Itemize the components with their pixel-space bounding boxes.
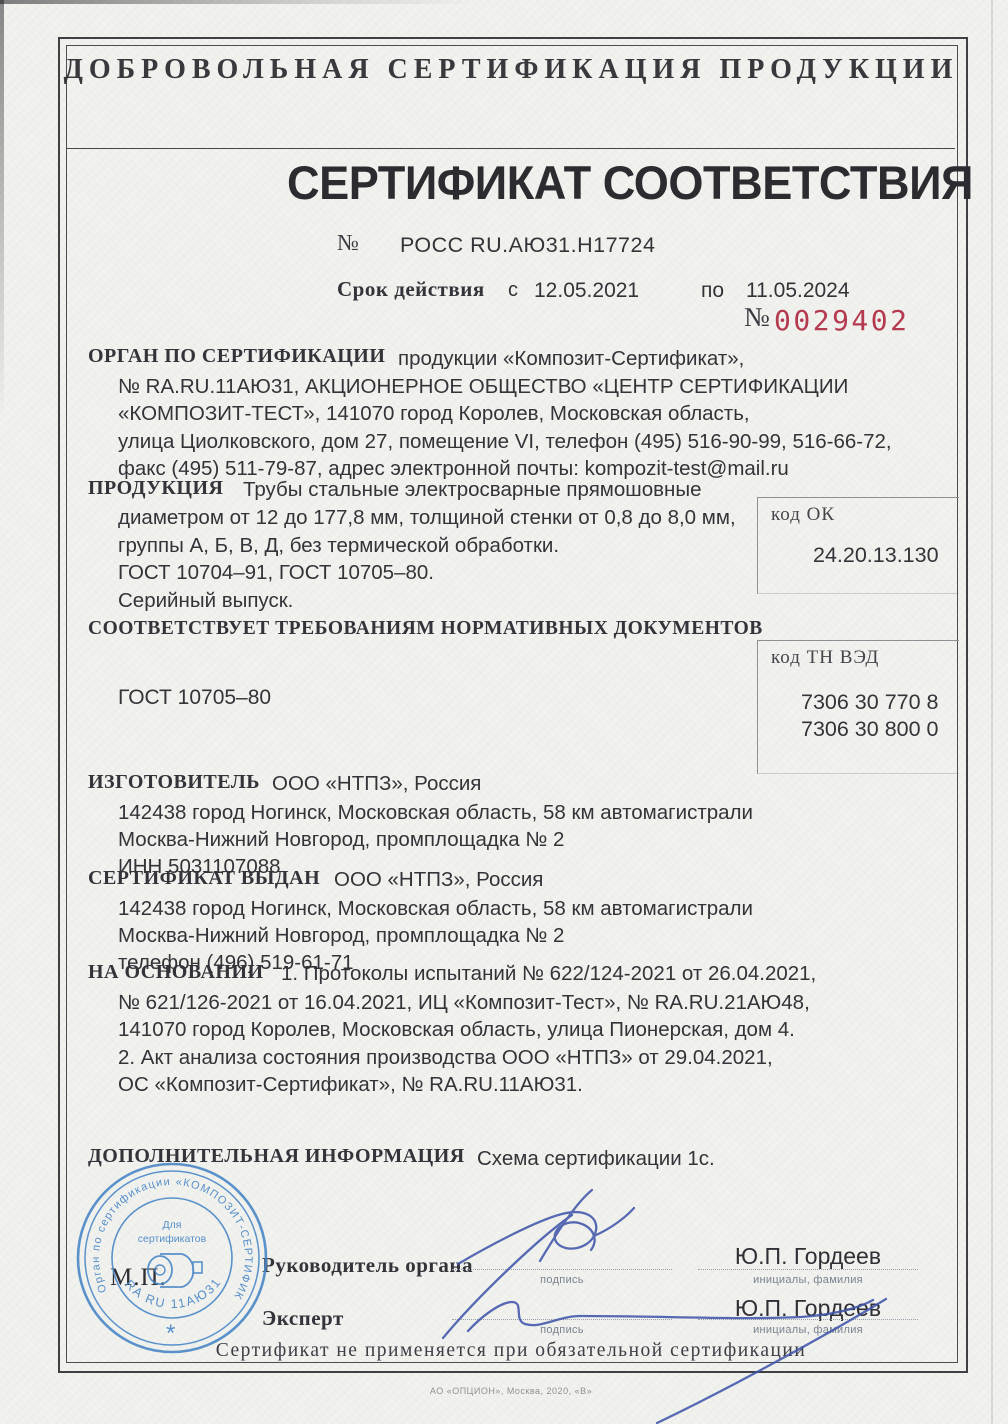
org-intro: продукции «Композит-Сертификат», xyxy=(398,347,744,371)
basis-lines: № 621/126-2021 от 16.04.2021, ИЦ «Композ… xyxy=(118,989,810,1098)
expert-signature-line xyxy=(452,1319,672,1320)
conformity-label: СООТВЕТСТВУЕТ ТРЕБОВАНИЯМ НОРМАТИВНЫХ ДО… xyxy=(88,618,763,640)
issued-label: СЕРТИФИКАТ ВЫДАН xyxy=(88,867,320,890)
head-of-body-label: Руководитель органа xyxy=(262,1253,473,1278)
manufacturer-line: 142438 город Ногинск, Московская область… xyxy=(118,799,753,826)
org-lines: № RA.RU.11АЮ31, АКЦИОНЕРНОЕ ОБЩЕСТВО «ЦЕ… xyxy=(118,373,892,482)
tnved-code-label: код ТН ВЭД xyxy=(771,647,879,669)
additional-label: ДОПОЛНИТЕЛЬНАЯ ИНФОРМАЦИЯ xyxy=(88,1145,465,1168)
tnved-values: 7306 30 770 8 7306 30 800 0 xyxy=(801,689,939,743)
additional-value: Схема сертификации 1с. xyxy=(477,1147,715,1171)
reg-number-sign: № xyxy=(337,230,359,256)
basis-label: НА ОСНОВАНИИ xyxy=(88,961,264,984)
manufacturer-label: ИЗГОТОВИТЕЛЬ xyxy=(88,771,260,794)
validity-from-word: с xyxy=(508,279,518,302)
org-line: улица Циолковского, дом 27, помещение VI… xyxy=(118,428,892,455)
product-intro: Трубы стальные электросварные прямошовны… xyxy=(243,478,702,502)
org-label: ОРГАН ПО СЕРТИФИКАЦИИ xyxy=(88,345,385,368)
certificate-page: ДОБРОВОЛЬНАЯ СЕРТИФИКАЦИЯ ПРОДУКЦИИ СЕРТ… xyxy=(0,0,1008,1424)
validity-to-word: по xyxy=(701,279,724,303)
print-house-footer: АО «ОПЦИОН», Москва, 2020, «В» xyxy=(58,1386,964,1396)
blank-number-sign: № xyxy=(744,302,770,333)
head-signature-line xyxy=(452,1269,672,1270)
ok-code-value: 24.20.13.130 xyxy=(813,543,939,568)
product-line: диаметром от 12 до 177,8 мм, толщиной ст… xyxy=(118,504,736,532)
issued-intro: ООО «НТПЗ», Россия xyxy=(334,868,543,892)
conformity-value: ГОСТ 10705–80 xyxy=(118,686,271,710)
basis-line: № 621/126-2021 от 16.04.2021, ИЦ «Композ… xyxy=(118,989,810,1016)
tnved-code-box: код ТН ВЭД 7306 30 770 8 7306 30 800 0 xyxy=(757,640,959,774)
certificate-title: СЕРТИФИКАТ СООТВЕТСТВИЯ xyxy=(287,155,973,210)
page-edge-shadow xyxy=(991,0,993,1424)
ok-code-box: код ОК 24.20.13.130 xyxy=(757,497,959,594)
scan-edge-left xyxy=(0,0,4,420)
validity-to-date: 11.05.2024 xyxy=(746,279,850,303)
bottom-restriction-note: Сертификат не применяется при обязательн… xyxy=(58,1340,964,1362)
validity-from-date: 12.05.2021 xyxy=(534,279,639,303)
expert-name: Ю.П. Гордеев xyxy=(700,1295,916,1322)
scan-edge-top xyxy=(0,0,480,4)
ok-code-label: код ОК xyxy=(771,504,835,526)
product-line: ГОСТ 10704–91, ГОСТ 10705–80. xyxy=(118,559,736,587)
voluntary-certification-banner: ДОБРОВОЛЬНАЯ СЕРТИФИКАЦИЯ ПРОДУКЦИИ xyxy=(58,54,964,86)
product-label: ПРОДУКЦИЯ xyxy=(88,477,223,500)
basis-line: 141070 город Королев, Московская область… xyxy=(118,1016,810,1043)
mp-seal-place-label: М.П. xyxy=(110,1264,167,1292)
basis-intro: 1. Протоколы испытаний № 622/124-2021 от… xyxy=(281,962,816,986)
manufacturer-intro: ООО «НТПЗ», Россия xyxy=(272,772,481,796)
validity-label: Срок действия xyxy=(337,277,485,302)
reg-number-value: РОСС RU.АЮ31.Н17724 xyxy=(400,233,655,258)
issued-line: 142438 город Ногинск, Московская область… xyxy=(118,895,753,922)
head-name-line xyxy=(698,1269,918,1270)
tnved-value: 7306 30 770 8 xyxy=(801,689,939,716)
product-lines: диаметром от 12 до 177,8 мм, толщиной ст… xyxy=(118,504,736,614)
expert-label: Эксперт xyxy=(262,1306,344,1331)
manufacturer-line: Москва-Нижний Новгород, промплощадка № 2 xyxy=(118,826,753,853)
blank-number-value: 0029402 xyxy=(774,304,910,337)
product-line: группы А, Б, В, Д, без термической обраб… xyxy=(118,532,736,560)
org-line: «КОМПОЗИТ-ТЕСТ», 141070 город Королев, М… xyxy=(118,400,892,427)
expert-name-caption: инициалы, фамилия xyxy=(698,1324,918,1336)
head-signature-caption: подпись xyxy=(452,1274,672,1286)
header-separator-line xyxy=(67,148,955,149)
expert-name-line xyxy=(698,1319,918,1320)
head-name: Ю.П. Гордеев xyxy=(700,1243,916,1270)
basis-line: ОС «Композит-Сертификат», № RA.RU.11АЮ31… xyxy=(118,1071,810,1098)
head-name-caption: инициалы, фамилия xyxy=(698,1274,918,1286)
product-line: Серийный выпуск. xyxy=(118,587,736,615)
expert-signature-caption: подпись xyxy=(452,1324,672,1336)
basis-line: 2. Акт анализа состояния производства ОО… xyxy=(118,1044,810,1071)
tnved-value: 7306 30 800 0 xyxy=(801,716,939,743)
org-line: № RA.RU.11АЮ31, АКЦИОНЕРНОЕ ОБЩЕСТВО «ЦЕ… xyxy=(118,373,892,400)
issued-line: Москва-Нижний Новгород, промплощадка № 2 xyxy=(118,922,753,949)
